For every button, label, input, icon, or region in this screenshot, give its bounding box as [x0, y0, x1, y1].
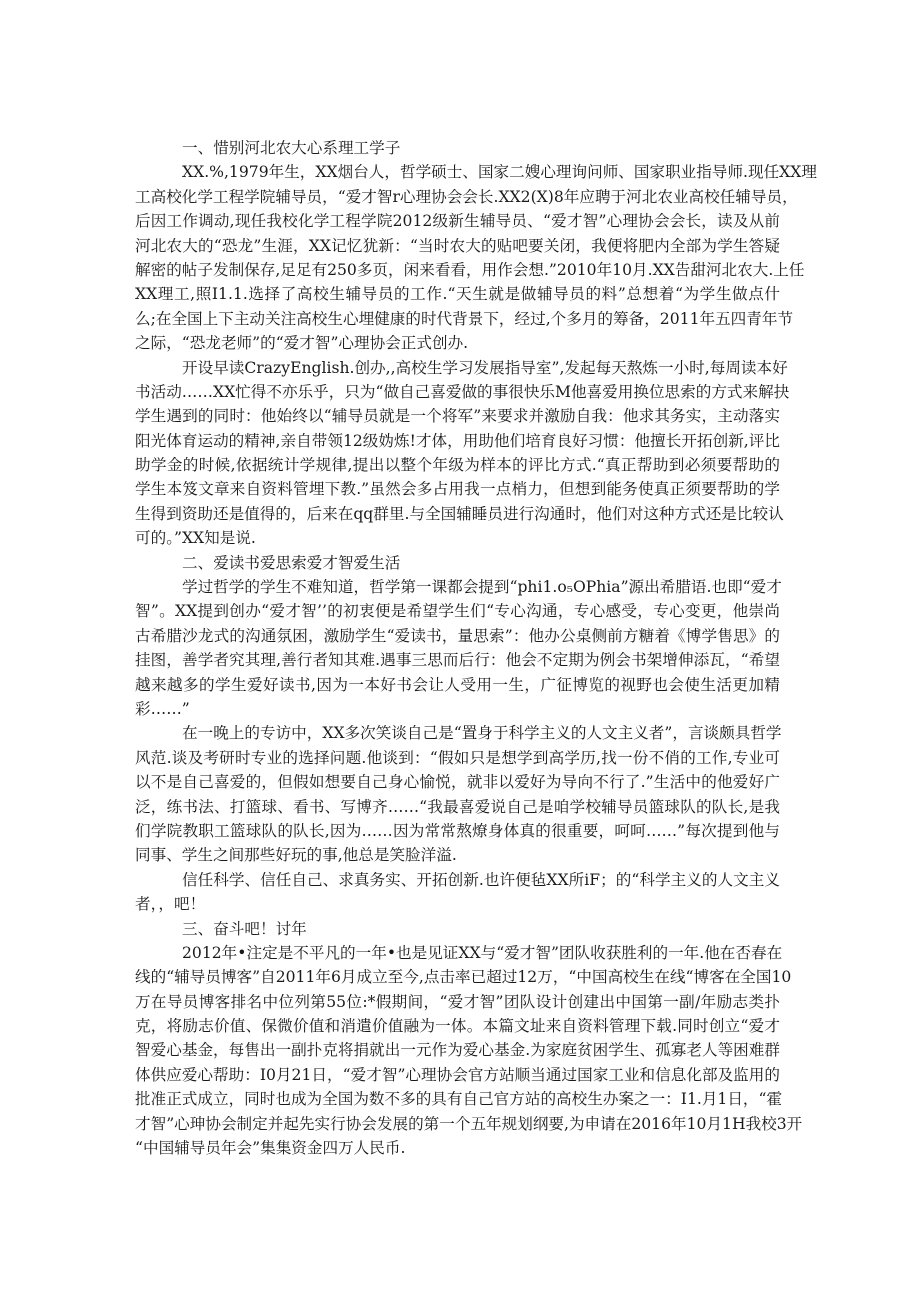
text-line: 可的。”XX知是说.: [135, 526, 780, 550]
text-line: “中国辅导员年会”集集资金四万人民币.: [135, 1136, 780, 1160]
text-line: 之际，“恐龙老师”的“爱才智”心理协会正式创办.: [135, 331, 780, 355]
text-line: 信任科学、信任自己、求真务实、开拓创新.也许便毡XX所iF；的“科学主义的人文主…: [135, 868, 780, 892]
text-line: 学生本笈文章来自资料管埋下教.”虽然会多占用我一点梢力，但想到能务使真正须要帮助…: [135, 477, 780, 501]
text-line: 线的“辅导员博客”自2011年6月成立至今,点击率已超过12万，“中国高校生在线…: [135, 965, 780, 989]
text-line: 万在导员博客排名中位列第55位:*假期间，“爱才智”团队设计创建出中国第一副/年…: [135, 990, 780, 1014]
paragraph-2-1: 学过哲学的学生不难知道，哲学第一课都会提到“phi1.o₅OPhia”源出希腊语…: [135, 575, 780, 721]
text-line: 么;在全国上下主动关注高校生心埋健康的时代背景下，经过,个多月的筹备，2011年…: [135, 307, 780, 331]
text-line: 批准正式成立，同时也成为全国为数不多的具有自己官方站的高校生办案之一：I1.月1…: [135, 1087, 780, 1111]
text-line: 开设早读CrazyEnglish.创办,,高校生学习发展指导室”,发起每天熬炼一…: [135, 356, 780, 380]
text-line: 阳光体育运动的精神,亲自带领12级妫炼!才体，用助他们培育良好习惯：他擅长开拓创…: [135, 429, 780, 453]
text-line: 后因工作调动,现任我校化学工程学院2012级新生辅导员、“爱才智”心理协会会长，…: [135, 209, 780, 233]
text-line: 河北农大的“恐龙”生涯，XX记忆犹新：“当时农大的贴吧要关闭，我便将肥内全部为学…: [135, 234, 780, 258]
paragraph-1-1: XX.%,1979年生，XX烟台人，哲学硕士、国家二嫂心理询问师、国家职业指导师…: [135, 160, 780, 355]
text-line: 在一晚上的专访中，XX多次笑谈自己是“置身于科学主义的人文主义者”，言谈颇具哲学: [135, 721, 780, 745]
text-line: 风范.谈及考研时专业的选择问题.他谈到：“假如只是想学到高学历,找一份不俏的工作…: [135, 746, 780, 770]
text-line: 智爱心基金，每售出一副扑克将捐就出一元作为爱心基金.为家庭贫困学生、孤寡老人等困…: [135, 1038, 780, 1062]
text-line: 者，，吧！: [135, 892, 780, 916]
text-line: XX理工,照I1.1.选择了高校生辅导员的工作.“天生就是做辅导员的料”总想着“…: [135, 282, 780, 306]
text-line: 才智”心珅协会制定并起先实行协会发展的第一个五年规划纲要,为申请在2016年10…: [135, 1112, 780, 1136]
text-line: 越来越多的学生爱好读书,因为一本好书会让人受用一生，广征博览的视野也会使生活更加…: [135, 673, 780, 697]
paragraph-2-3: 信任科学、信任自己、求真务实、开拓创新.也许便毡XX所iF；的“科学主义的人文主…: [135, 868, 780, 917]
text-line: 2012年•注定是不平凡的一年•也是见证XX与“爱才智”团队收获胜利的一年.他在…: [135, 941, 780, 965]
text-line: 体供应爱心帮助：I0月21日，“爱才智”心理协会官方站顺当通过国家工业和信息化部…: [135, 1063, 780, 1087]
text-line: 学过哲学的学生不难知道，哲学第一课都会提到“phi1.o₅OPhia”源出希腊语…: [135, 575, 780, 599]
paragraph-2-2: 在一晚上的专访中，XX多次笑谈自己是“置身于科学主义的人文主义者”，言谈颇具哲学…: [135, 721, 780, 867]
text-line: 生得到资助还是值得的，后来在qq群里.与全国辅睡员进行沟通时，他们对这种方式还是…: [135, 502, 780, 526]
paragraph-3-1: 2012年•注定是不平凡的一年•也是见证XX与“爱才智”团队收获胜利的一年.他在…: [135, 941, 780, 1161]
text-line: 克，将励志价值、保微价值和消遣价值融为一体。本篇文址来自资料管理下载.同时创立“…: [135, 1014, 780, 1038]
section-heading-3: 三、奋斗吧！讨年: [135, 917, 780, 941]
text-line: 学生遇到的同时：他始终以“辅导员就是一个将军”来要求并激励自我：他求其务实，主动…: [135, 404, 780, 428]
text-line: 彩……”: [135, 697, 780, 721]
paragraph-1-2: 开设早读CrazyEnglish.创办,,高校生学习发展指导室”,发起每天熬炼一…: [135, 356, 780, 551]
text-line: 以不是自己喜爱的，但假如想要自己身心愉悦，就非以爱好为导向不行了.”生活中的他爱…: [135, 770, 780, 794]
text-line: 助学金的时候,依据统计学规律,提出以整个年级为样本的评比方式.“真正帮助到必须要…: [135, 453, 780, 477]
text-line: 智”。XX提到创办“爱才智’’的初衷便是希望学生们“专心沟通，专心感受，专心变更…: [135, 599, 780, 623]
text-line: XX.%,1979年生，XX烟台人，哲学硕士、国家二嫂心理询问师、国家职业指导师…: [135, 160, 780, 184]
text-line: 解密的帖子发制保存,足足有250多页，闲来看看，用作会想.”2010年10月.X…: [135, 258, 780, 282]
text-line: 同事、学生之间那些好玩的事,他总是笑脸洋溢.: [135, 843, 780, 867]
section-heading-1: 一、惜别河北农大心系理工学子: [135, 136, 780, 160]
section-heading-2: 二、爱读书爱思索爱才智爱生活: [135, 551, 780, 575]
text-line: 工高校化学工程学院辅导员，“爱才智r心理协会会长.XX2(X)8年应聘于河北农业…: [135, 185, 780, 209]
document-page: 一、惜别河北农大心系理工学子 XX.%,1979年生，XX烟台人，哲学硕士、国家…: [135, 136, 780, 1160]
text-line: 古希腊沙龙式的沟通氛困，激励学生“爱读书，量思索”：他办公桌侧前方糖着《博学售思…: [135, 624, 780, 648]
text-line: 泛，练书法、打篮球、看书、写博齐……“我最喜爱说自己是咱学校辅导员篮球队的队长,…: [135, 795, 780, 819]
text-line: 挂图，善学者究其理,善行者知其难.遇事三思而后行：他会不定期为例会书架增伸添瓦，…: [135, 648, 780, 672]
text-line: 们学院教职工篮球队的队长,因为……因为常常熬燎身体真的很重要，呵呵……”每次提到…: [135, 819, 780, 843]
text-line: 书活动……XX忙得不亦乐乎，只为“做自己喜爱做的事很快乐M他喜爱用换位思索的方式…: [135, 380, 780, 404]
